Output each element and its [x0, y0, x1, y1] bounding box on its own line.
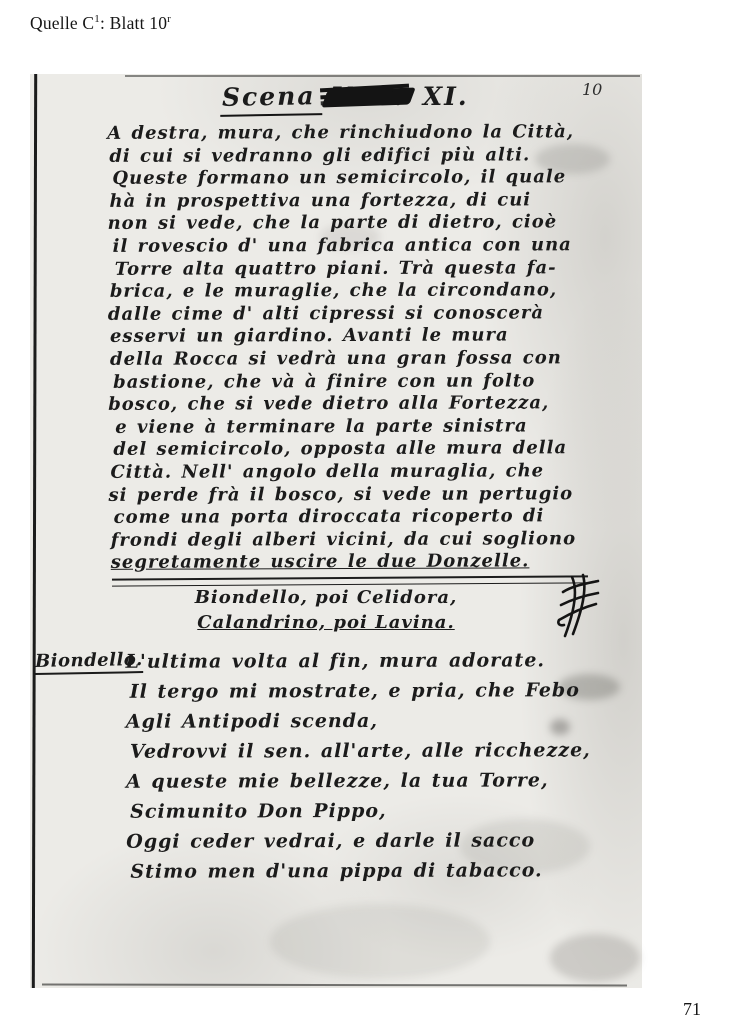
stage-direction-line: Torre alta quattro piani. Trà questa fa-	[115, 257, 602, 281]
source-caption: Quelle C1: Blatt 10r	[30, 13, 171, 34]
stage-direction-line: dalle cime d' alti cipressi si conoscerà	[108, 302, 602, 326]
stage-direction-line: di cui si vedranno gli edifici più alti.	[109, 144, 601, 168]
stage-direction-line: hà in prospettiva una fortezza, di cui	[109, 189, 601, 213]
double-rule-divider	[112, 575, 588, 586]
manuscript-scan: 10 ScenaVIII.XI. A destra, mura, che rin…	[30, 74, 642, 988]
stage-direction-line: segretamente uscire le due Donzelle.	[111, 550, 603, 574]
stage-direction-line: del semicircolo, opposta alle mura della	[113, 437, 602, 461]
stage-direction-line: come una porta diroccata ricoperto di	[114, 505, 603, 529]
page-top-edge	[125, 75, 640, 77]
scene-number-deleted: VIII.	[328, 82, 409, 111]
verse-line: Scimunito Don Pippo,	[130, 795, 591, 827]
stage-direction-line: si perde frà il bosco, si vede un pertug…	[108, 483, 602, 507]
paraph-flourish-icon	[556, 572, 604, 646]
verse-line: Oggi ceder vedrai, e darle il sacco	[126, 825, 591, 857]
page-bottom-edge	[42, 983, 627, 986]
verse-line: Stimo men d'una pippa di tabacco.	[130, 855, 591, 887]
stage-direction-line: frondi degli alberi vicini, da cui sogli…	[111, 528, 603, 552]
verse-line: Il tergo mi mostrate, e pria, che Febo	[130, 675, 591, 707]
verse-line: L'ultima volta al fin, mura adorate.	[126, 645, 591, 677]
bleedthrough-smudge	[550, 934, 640, 982]
stage-direction-line: Città. Nell' angolo della muraglia, che	[110, 460, 602, 484]
caption-prefix: Quelle C	[30, 13, 94, 33]
stage-direction: A destra, mura, che rinchiudono la Città…	[109, 121, 603, 575]
page-number: 71	[683, 999, 701, 1020]
scene-number-revised: XI.	[423, 82, 469, 111]
stage-direction-line: brica, e le muraglie, che la circondano,	[110, 279, 602, 303]
bleedthrough-smudge	[270, 904, 490, 979]
verse-line: A queste mie bellezze, la tua Torre,	[126, 765, 591, 797]
page-left-edge	[32, 74, 37, 988]
stage-direction-line: A destra, mura, che rinchiudono la Città…	[107, 121, 601, 145]
stage-direction-line: della Rocca si vedrà una gran fossa con	[110, 347, 602, 371]
verse-line: Vedrovvi il sen. all'arte, alle ricchezz…	[130, 735, 591, 767]
caption-middle: : Blatt 10	[100, 13, 167, 33]
verse-line: Agli Antipodi scenda,	[126, 705, 591, 737]
cast-line: Calandrino, poi Lavina.	[158, 611, 494, 636]
stage-direction-line: Queste formano un semicircolo, il quale	[112, 166, 601, 190]
stage-direction-line: e viene à terminare la parte sinistra	[115, 415, 602, 439]
stage-direction-line: non si vede, che la parte di dietro, cio…	[108, 212, 602, 236]
folio-number: 10	[582, 80, 602, 99]
stage-direction-line: il rovescio d' una fabrica antica con un…	[113, 234, 602, 258]
cast-line: Biondello, poi Celidora,	[158, 586, 494, 611]
book-page: Quelle C1: Blatt 10r 10 ScenaVIII.XI. A …	[0, 0, 735, 1030]
caption-superscript-r: r	[167, 13, 171, 25]
stage-direction-line: bosco, che si vede dietro alla Fortezza,	[108, 392, 602, 416]
stage-direction-line: bastione, che và à finire con un folto	[113, 370, 602, 394]
scene-heading: ScenaVIII.XI.	[220, 82, 469, 116]
scene-heading-title: Scena	[220, 81, 322, 117]
stage-direction-line: esservi un giardino. Avanti le mura	[110, 324, 602, 348]
verse-lines: L'ultima volta al fin, mura adorate. Il …	[126, 645, 592, 887]
cast-list: Biondello, poi Celidora, Calandrino, poi…	[158, 586, 494, 635]
